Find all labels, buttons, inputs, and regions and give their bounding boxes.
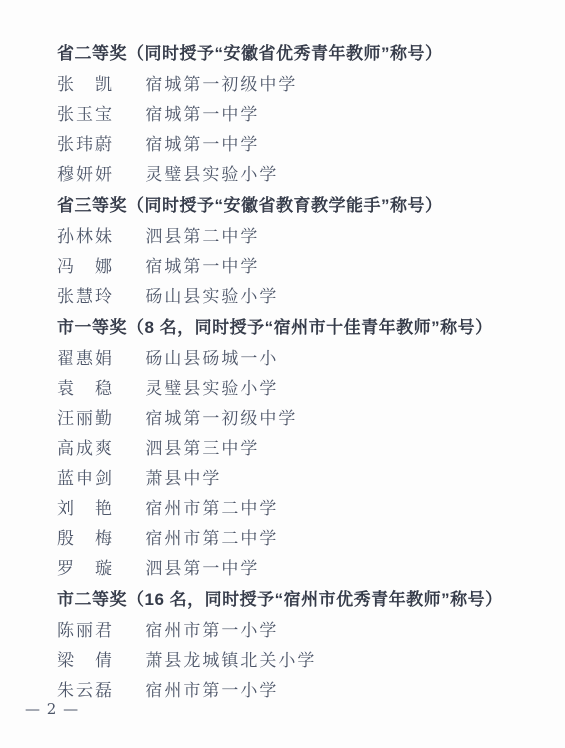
school-name: 砀山县实验小学 <box>145 287 278 307</box>
school-name: 宿城第一初级中学 <box>145 409 297 429</box>
school-name: 砀山县砀城一小 <box>145 349 278 369</box>
section-heading: 市一等奖（8 名，同时授予“宿州市十佳青年教师”称号） <box>57 312 555 344</box>
awardee-name: 殷 梅 <box>57 524 140 554</box>
award-entry-row: 陈丽君 宿州市第一小学 <box>57 616 555 646</box>
awardee-name: 蓝申剑 <box>57 464 140 494</box>
award-entry-row: 梁 倩 萧县龙城镇北关小学 <box>57 646 555 676</box>
award-entry-row: 朱云磊 宿州市第一小学 <box>57 676 555 706</box>
award-entry-row: 孙林妹 泗县第二中学 <box>57 222 555 252</box>
school-name: 宿州市第二中学 <box>145 529 278 549</box>
award-entry-row: 张 凯 宿城第一初级中学 <box>57 70 555 100</box>
awardee-name: 陈丽君 <box>57 616 140 646</box>
school-name: 宿州市第二中学 <box>145 499 278 519</box>
award-entry-row: 张慧玲 砀山县实验小学 <box>57 282 555 312</box>
school-name: 萧县中学 <box>145 469 221 489</box>
award-entry-row: 汪丽勤 宿城第一初级中学 <box>57 404 555 434</box>
school-name: 宿城第一中学 <box>145 135 259 155</box>
awardee-name: 翟惠娟 <box>57 344 140 374</box>
awardee-name: 袁 稳 <box>57 374 140 404</box>
awardee-name: 高成爽 <box>57 434 140 464</box>
awardee-name: 张慧玲 <box>57 282 140 312</box>
award-entry-row: 张玮蔚 宿城第一中学 <box>57 130 555 160</box>
awardee-name: 罗 璇 <box>57 554 140 584</box>
awardee-name: 汪丽勤 <box>57 404 140 434</box>
school-name: 泗县第一中学 <box>145 559 259 579</box>
awardee-name: 张玉宝 <box>57 100 140 130</box>
school-name: 宿城第一中学 <box>145 257 259 277</box>
award-entry-row: 穆妍妍 灵璧县实验小学 <box>57 160 555 190</box>
award-entry-row: 殷 梅 宿州市第二中学 <box>57 524 555 554</box>
award-entry-row: 翟惠娟 砀山县砀城一小 <box>57 344 555 374</box>
school-name: 宿城第一初级中学 <box>145 75 297 95</box>
awardee-name: 张 凯 <box>57 70 140 100</box>
awardee-name: 冯 娜 <box>57 252 140 282</box>
awardee-name: 刘 艳 <box>57 494 140 524</box>
page-number: — 2 — <box>25 700 79 718</box>
document-page: 省二等奖（同时授予“安徽省优秀青年教师”称号） 张 凯 宿城第一初级中学 张玉宝… <box>0 0 565 748</box>
award-entry-row: 刘 艳 宿州市第二中学 <box>57 494 555 524</box>
award-entry-row: 高成爽 泗县第三中学 <box>57 434 555 464</box>
awardee-name: 穆妍妍 <box>57 160 140 190</box>
awardee-name: 张玮蔚 <box>57 130 140 160</box>
award-entry-row: 蓝申剑 萧县中学 <box>57 464 555 494</box>
school-name: 灵璧县实验小学 <box>145 379 278 399</box>
award-entry-row: 冯 娜 宿城第一中学 <box>57 252 555 282</box>
school-name: 宿州市第一小学 <box>145 621 278 641</box>
school-name: 灵璧县实验小学 <box>145 165 278 185</box>
award-entry-row: 罗 璇 泗县第一中学 <box>57 554 555 584</box>
school-name: 宿州市第一小学 <box>145 681 278 701</box>
section-heading: 省二等奖（同时授予“安徽省优秀青年教师”称号） <box>57 38 555 70</box>
award-entry-row: 张玉宝 宿城第一中学 <box>57 100 555 130</box>
document-content: 省二等奖（同时授予“安徽省优秀青年教师”称号） 张 凯 宿城第一初级中学 张玉宝… <box>57 38 555 706</box>
school-name: 宿城第一中学 <box>145 105 259 125</box>
school-name: 泗县第二中学 <box>145 227 259 247</box>
section-heading: 省三等奖（同时授予“安徽省教育教学能手”称号） <box>57 190 555 222</box>
section-heading: 市二等奖（16 名，同时授予“宿州市优秀青年教师”称号） <box>57 584 555 616</box>
awardee-name: 梁 倩 <box>57 646 140 676</box>
school-name: 泗县第三中学 <box>145 439 259 459</box>
award-entry-row: 袁 稳 灵璧县实验小学 <box>57 374 555 404</box>
awardee-name: 孙林妹 <box>57 222 140 252</box>
school-name: 萧县龙城镇北关小学 <box>145 651 316 671</box>
